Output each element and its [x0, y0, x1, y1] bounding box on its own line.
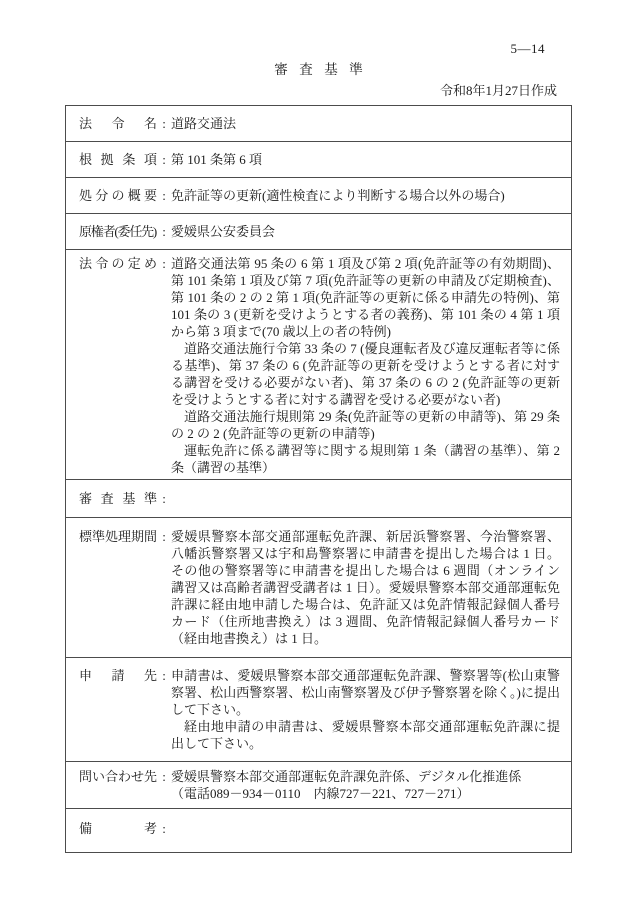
- row-legal-basis: 根拠条項 : 第 101 条第 6 項: [66, 142, 571, 178]
- text-line: 第 101 条第 6 項: [171, 151, 560, 168]
- row-value-law-name: 道路交通法: [171, 115, 560, 132]
- page-number: 5—14: [65, 40, 572, 57]
- contact-department: 愛媛県警察本部交通部運転免許課免許係、デジタル化推進係: [171, 768, 560, 785]
- row-value-disposition-summary: 免許証等の更新(適性検査により判断する場合以外の場合): [171, 187, 560, 204]
- row-remarks: 備考 :: [66, 809, 571, 852]
- label-colon: :: [157, 820, 171, 837]
- row-value-legal-provisions: 道路交通法第 95 条の 6 第 1 項及び第 2 項(免許証等の有効期間)、第…: [171, 255, 560, 476]
- row-value-legal-basis: 第 101 条第 6 項: [171, 151, 560, 168]
- label-colon: :: [157, 768, 171, 785]
- label-colon: :: [157, 255, 171, 272]
- document-title: 審査基準: [65, 61, 572, 78]
- text-line: 免許証等の更新(適性検査により判断する場合以外の場合): [171, 187, 560, 204]
- criteria-table: 法令名 : 道路交通法 根拠条項 : 第 101 条第 6 項 処分の概要 : …: [65, 105, 572, 853]
- created-date: 令和8年1月27日作成: [65, 82, 572, 99]
- provision-paragraph-training-rules: 運転免許に係る講習等に関する規則第 1 条（講習の基準）、第 2 条（講習の基準…: [171, 442, 560, 476]
- row-value-standard-processing-period: 愛媛県警察本部交通部運転免許課、新居浜警察署、今治警察署、八幡浜警察署又は宇和島…: [171, 528, 560, 647]
- row-value-original-authority: 愛媛県公安委員会: [171, 223, 560, 240]
- row-label-disposition-summary: 処分の概要: [79, 187, 157, 204]
- row-label-application-destination: 申請先: [79, 667, 157, 684]
- contact-phone: （電話089－934－0110 内線727－221、727－271）: [171, 785, 560, 802]
- provision-paragraph-road-traffic-act: 道路交通法第 95 条の 6 第 1 項及び第 2 項(免許証等の有効期間)、第…: [171, 255, 560, 340]
- label-colon: :: [157, 115, 171, 132]
- row-value-contact: 愛媛県警察本部交通部運転免許課免許係、デジタル化推進係 （電話089－934－0…: [171, 768, 560, 802]
- row-label-original-authority: 原権者(委任先): [79, 223, 157, 240]
- text-line: 道路交通法: [171, 115, 560, 132]
- row-label-legal-basis: 根拠条項: [79, 151, 157, 168]
- row-legal-provisions: 法令の定め : 道路交通法第 95 条の 6 第 1 項及び第 2 項(免許証等…: [66, 250, 571, 480]
- row-examination-criteria: 審査基準 :: [66, 480, 571, 518]
- row-application-destination: 申請先 : 申請書は、愛媛県警察本部交通部運転免許課、警察署等(松山東警察署、松…: [66, 658, 571, 762]
- label-colon: :: [157, 490, 171, 507]
- text-line: 愛媛県警察本部交通部運転免許課、新居浜警察署、今治警察署、八幡浜警察署又は宇和島…: [171, 528, 560, 647]
- row-value-application-destination: 申請書は、愛媛県警察本部交通部運転免許課、警察署等(松山東警察署、松山西警察署、…: [171, 667, 560, 752]
- row-label-contact: 問い合わせ先: [79, 768, 157, 785]
- label-colon: :: [157, 667, 171, 684]
- row-standard-processing-period: 標準処理期間 : 愛媛県警察本部交通部運転免許課、新居浜警察署、今治警察署、八幡…: [66, 518, 571, 658]
- application-paragraph-main: 申請書は、愛媛県警察本部交通部運転免許課、警察署等(松山東警察署、松山西警察署、…: [171, 667, 560, 718]
- row-disposition-summary: 処分の概要 : 免許証等の更新(適性検査により判断する場合以外の場合): [66, 178, 571, 214]
- row-label-law-name: 法令名: [79, 115, 157, 132]
- row-label-remarks: 備考: [79, 820, 157, 837]
- row-label-examination-criteria: 審査基準: [79, 490, 157, 507]
- row-law-name: 法令名 : 道路交通法: [66, 106, 571, 142]
- application-paragraph-via-location: 経由地申請の申請書は、愛媛県警察本部交通部運転免許課に提出して下さい。: [171, 718, 560, 752]
- row-label-standard-processing-period: 標準処理期間: [79, 528, 157, 545]
- label-colon: :: [157, 151, 171, 168]
- row-original-authority: 原権者(委任先) : 愛媛県公安委員会: [66, 214, 571, 250]
- row-label-legal-provisions: 法令の定め: [79, 255, 157, 272]
- label-colon: :: [157, 223, 171, 240]
- label-colon: :: [157, 528, 171, 545]
- text-line: 愛媛県公安委員会: [171, 223, 560, 240]
- provision-paragraph-enforcement-rules: 道路交通法施行規則第 29 条(免許証等の更新の申請等)、第 29 条の 2 の…: [171, 408, 560, 442]
- label-colon: :: [157, 187, 171, 204]
- row-contact: 問い合わせ先 : 愛媛県警察本部交通部運転免許課免許係、デジタル化推進係 （電話…: [66, 762, 571, 809]
- provision-paragraph-enforcement-order: 道路交通法施行令第 33 条の 7 (優良運転者及び違反運転者等に係る基準)、第…: [171, 340, 560, 408]
- document-page: 5—14 審査基準 令和8年1月27日作成 法令名 : 道路交通法 根拠条項 :…: [0, 0, 630, 903]
